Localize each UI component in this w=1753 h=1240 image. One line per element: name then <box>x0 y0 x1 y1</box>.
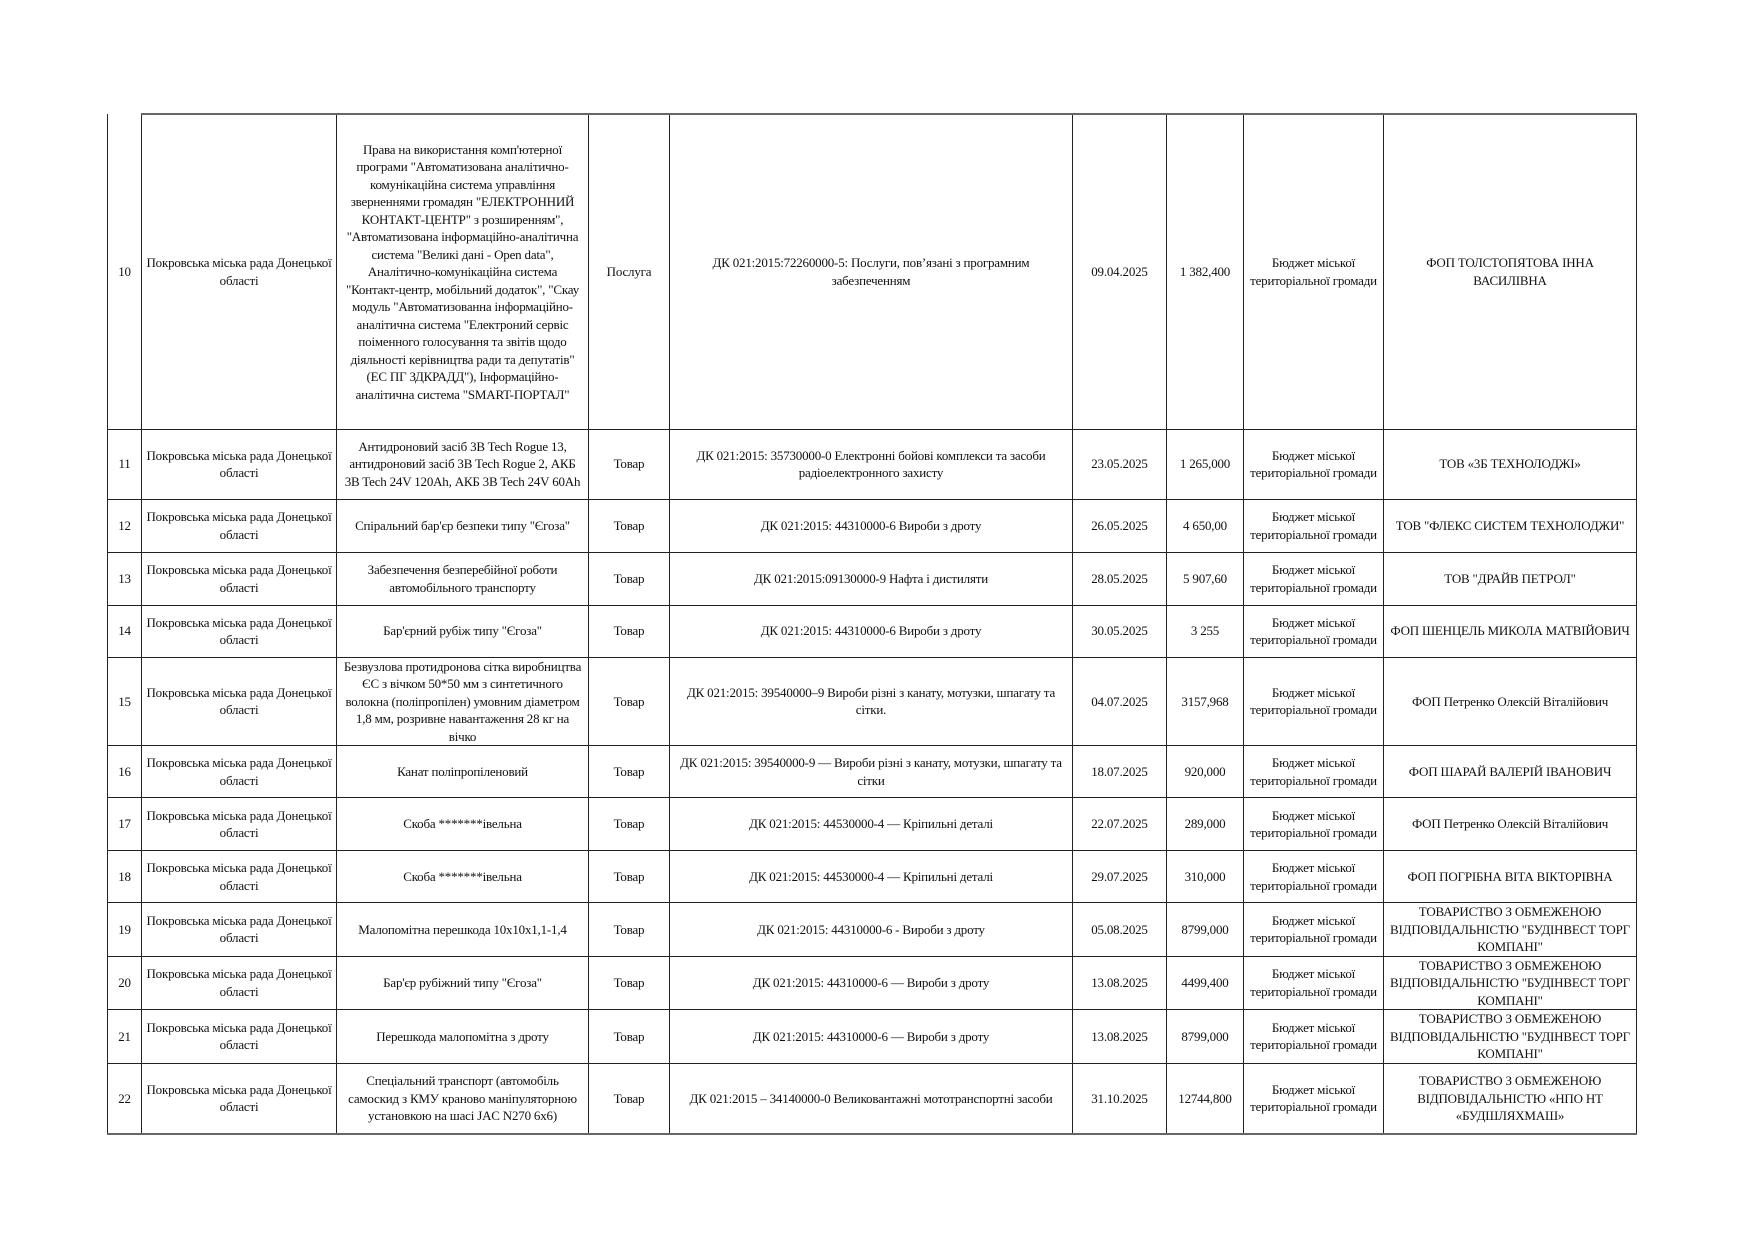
customer-cell: Покровська міська рада Донецької області <box>142 1063 337 1134</box>
row-number: 10 <box>108 114 142 429</box>
type-cell: Товар <box>589 605 670 657</box>
item-cell: Забезпечення безперебійної роботи автомо… <box>337 552 589 605</box>
supplier-cell: ТОВАРИСТВО З ОБМЕЖЕНОЮ ВІДПОВІДАЛЬНІСТЮ … <box>1384 903 1637 957</box>
row-number: 16 <box>108 746 142 798</box>
funding-source-cell: Бюджет міської територіальної громади <box>1244 1063 1384 1134</box>
amount-cell: 8799,000 <box>1167 1010 1244 1064</box>
table-row: 22Покровська міська рада Донецької облас… <box>108 1063 1637 1134</box>
cpv-code-cell: ДК 021:2015 – 34140000-0 Великовантажні … <box>670 1063 1073 1134</box>
row-number: 14 <box>108 605 142 657</box>
date-cell: 18.07.2025 <box>1073 746 1167 798</box>
amount-cell: 289,000 <box>1167 798 1244 851</box>
row-number: 18 <box>108 851 142 903</box>
type-cell: Товар <box>589 903 670 957</box>
date-cell: 13.08.2025 <box>1073 1010 1167 1064</box>
item-cell: Спіральний бар'єр безпеки типу "Єгоза" <box>337 499 589 552</box>
date-cell: 31.10.2025 <box>1073 1063 1167 1134</box>
customer-cell: Покровська міська рада Донецької області <box>142 552 337 605</box>
funding-source-cell: Бюджет міської територіальної громади <box>1244 114 1384 429</box>
customer-cell: Покровська міська рада Донецької області <box>142 114 337 429</box>
table-row: 13Покровська міська рада Донецької облас… <box>108 552 1637 605</box>
supplier-cell: ТОВ «3Б ТЕХНОЛОДЖІ» <box>1384 429 1637 499</box>
supplier-cell: ТОВ "ДРАЙВ ПЕТРОЛ" <box>1384 552 1637 605</box>
date-cell: 23.05.2025 <box>1073 429 1167 499</box>
supplier-cell: ТОВАРИСТВО З ОБМЕЖЕНОЮ ВІДПОВІДАЛЬНІСТЮ … <box>1384 956 1637 1010</box>
cpv-code-cell: ДК 021:2015: 44310000-6 — Вироби з дроту <box>670 1010 1073 1064</box>
funding-source-cell: Бюджет міської територіальної громади <box>1244 903 1384 957</box>
cpv-code-cell: ДК 021:2015: 44530000-4 — Кріпильні дета… <box>670 851 1073 903</box>
date-cell: 26.05.2025 <box>1073 499 1167 552</box>
type-cell: Послуга <box>589 114 670 429</box>
procurement-table: 10Покровська міська рада Донецької облас… <box>107 113 1637 1135</box>
type-cell: Товар <box>589 1063 670 1134</box>
supplier-cell: ФОП ШЕНЦЕЛЬ МИКОЛА МАТВІЙОВИЧ <box>1384 605 1637 657</box>
cpv-code-cell: ДК 021:2015:09130000-9 Нафта і дистиляти <box>670 552 1073 605</box>
table-row: 17Покровська міська рада Донецької облас… <box>108 798 1637 851</box>
date-cell: 04.07.2025 <box>1073 657 1167 746</box>
row-number: 13 <box>108 552 142 605</box>
cpv-code-cell: ДК 021:2015: 44310000-6 - Вироби з дроту <box>670 903 1073 957</box>
supplier-cell: ТОВАРИСТВО З ОБМЕЖЕНОЮ ВІДПОВІДАЛЬНІСТЮ … <box>1384 1063 1637 1134</box>
customer-cell: Покровська міська рада Донецької області <box>142 746 337 798</box>
type-cell: Товар <box>589 851 670 903</box>
item-cell: Скоба *******івельна <box>337 851 589 903</box>
type-cell: Товар <box>589 429 670 499</box>
type-cell: Товар <box>589 552 670 605</box>
amount-cell: 8799,000 <box>1167 903 1244 957</box>
table-row: 11Покровська міська рада Донецької облас… <box>108 429 1637 499</box>
row-number: 20 <box>108 956 142 1010</box>
amount-cell: 12744,800 <box>1167 1063 1244 1134</box>
item-cell: Бар'єрний рубіж типу "Єгоза" <box>337 605 589 657</box>
amount-cell: 310,000 <box>1167 851 1244 903</box>
date-cell: 30.05.2025 <box>1073 605 1167 657</box>
customer-cell: Покровська міська рада Донецької області <box>142 851 337 903</box>
cpv-code-cell: ДК 021:2015: 44310000-6 Вироби з дроту <box>670 499 1073 552</box>
type-cell: Товар <box>589 1010 670 1064</box>
table-row: 10Покровська міська рада Донецької облас… <box>108 114 1637 429</box>
cpv-code-cell: ДК 021:2015: 44310000-6 Вироби з дроту <box>670 605 1073 657</box>
type-cell: Товар <box>589 499 670 552</box>
cpv-code-cell: ДК 021:2015: 39540000-9 — Вироби різні з… <box>670 746 1073 798</box>
row-number: 21 <box>108 1010 142 1064</box>
supplier-cell: ТОВ "ФЛЕКС СИСТЕМ ТЕХНОЛОДЖИ" <box>1384 499 1637 552</box>
item-cell: Спеціальний транспорт (автомобіль самоск… <box>337 1063 589 1134</box>
supplier-cell: ФОП Петренко Олексій Віталійович <box>1384 657 1637 746</box>
date-cell: 13.08.2025 <box>1073 956 1167 1010</box>
row-number: 12 <box>108 499 142 552</box>
date-cell: 09.04.2025 <box>1073 114 1167 429</box>
item-cell: Скоба *******івельна <box>337 798 589 851</box>
amount-cell: 4499,400 <box>1167 956 1244 1010</box>
funding-source-cell: Бюджет міської територіальної громади <box>1244 657 1384 746</box>
funding-source-cell: Бюджет міської територіальної громади <box>1244 798 1384 851</box>
item-cell: Права на використання комп'ютерної прогр… <box>337 114 589 429</box>
row-number: 15 <box>108 657 142 746</box>
funding-source-cell: Бюджет міської територіальної громади <box>1244 1010 1384 1064</box>
funding-source-cell: Бюджет міської територіальної громади <box>1244 956 1384 1010</box>
row-number: 19 <box>108 903 142 957</box>
cpv-code-cell: ДК 021:2015: 44310000-6 — Вироби з дроту <box>670 956 1073 1010</box>
cpv-code-cell: ДК 021:2015: 44530000-4 — Кріпильні дета… <box>670 798 1073 851</box>
table-row: 21Покровська міська рада Донецької облас… <box>108 1010 1637 1064</box>
customer-cell: Покровська міська рада Донецької області <box>142 605 337 657</box>
supplier-cell: ФОП Петренко Олексій Віталійович <box>1384 798 1637 851</box>
table-row: 16Покровська міська рада Донецької облас… <box>108 746 1637 798</box>
supplier-cell: ТОВАРИСТВО З ОБМЕЖЕНОЮ ВІДПОВІДАЛЬНІСТЮ … <box>1384 1010 1637 1064</box>
customer-cell: Покровська міська рада Донецької області <box>142 657 337 746</box>
document-page: 10Покровська міська рада Донецької облас… <box>0 0 1753 1240</box>
funding-source-cell: Бюджет міської територіальної громади <box>1244 851 1384 903</box>
item-cell: Канат поліпропіленовий <box>337 746 589 798</box>
customer-cell: Покровська міська рада Донецької області <box>142 429 337 499</box>
amount-cell: 920,000 <box>1167 746 1244 798</box>
funding-source-cell: Бюджет міської територіальної громади <box>1244 429 1384 499</box>
item-cell: Безвузлова протидронова сітка виробництв… <box>337 657 589 746</box>
supplier-cell: ФОП ТОЛСТОПЯТОВА ІННА ВАСИЛІВНА <box>1384 114 1637 429</box>
table-row: 15Покровська міська рада Донецької облас… <box>108 657 1637 746</box>
funding-source-cell: Бюджет міської територіальної громади <box>1244 605 1384 657</box>
customer-cell: Покровська міська рада Донецької області <box>142 1010 337 1064</box>
table-row: 19Покровська міська рада Донецької облас… <box>108 903 1637 957</box>
item-cell: Бар'єр рубіжний типу "Єгоза" <box>337 956 589 1010</box>
type-cell: Товар <box>589 657 670 746</box>
item-cell: Малопомітна перешкода 10х10х1,1-1,4 <box>337 903 589 957</box>
supplier-cell: ФОП ПОГРІБНА ВІТА ВІКТОРІВНА <box>1384 851 1637 903</box>
funding-source-cell: Бюджет міської територіальної громади <box>1244 746 1384 798</box>
amount-cell: 1 382,400 <box>1167 114 1244 429</box>
date-cell: 29.07.2025 <box>1073 851 1167 903</box>
funding-source-cell: Бюджет міської територіальної громади <box>1244 552 1384 605</box>
table-row: 20Покровська міська рада Донецької облас… <box>108 956 1637 1010</box>
date-cell: 05.08.2025 <box>1073 903 1167 957</box>
table-row: 14Покровська міська рада Донецької облас… <box>108 605 1637 657</box>
customer-cell: Покровська міська рада Донецької області <box>142 798 337 851</box>
customer-cell: Покровська міська рада Донецької області <box>142 499 337 552</box>
row-number: 17 <box>108 798 142 851</box>
date-cell: 28.05.2025 <box>1073 552 1167 605</box>
amount-cell: 5 907,60 <box>1167 552 1244 605</box>
amount-cell: 4 650,00 <box>1167 499 1244 552</box>
table-row: 18Покровська міська рада Донецької облас… <box>108 851 1637 903</box>
cpv-code-cell: ДК 021:2015: 39540000–9 Вироби різні з к… <box>670 657 1073 746</box>
type-cell: Товар <box>589 956 670 1010</box>
row-number: 22 <box>108 1063 142 1134</box>
item-cell: Перешкода малопомітна з дроту <box>337 1010 589 1064</box>
cpv-code-cell: ДК 021:2015:72260000-5: Послуги, пов’яза… <box>670 114 1073 429</box>
funding-source-cell: Бюджет міської територіальної громади <box>1244 499 1384 552</box>
amount-cell: 1 265,000 <box>1167 429 1244 499</box>
supplier-cell: ФОП ШАРАЙ ВАЛЕРІЙ ІВАНОВИЧ <box>1384 746 1637 798</box>
date-cell: 22.07.2025 <box>1073 798 1167 851</box>
cpv-code-cell: ДК 021:2015: 35730000-0 Електронні бойов… <box>670 429 1073 499</box>
table-row: 12Покровська міська рада Донецької облас… <box>108 499 1637 552</box>
type-cell: Товар <box>589 798 670 851</box>
row-number: 11 <box>108 429 142 499</box>
item-cell: Антидроновий засіб 3B Tech Rogue 13, ант… <box>337 429 589 499</box>
customer-cell: Покровська міська рада Донецької області <box>142 956 337 1010</box>
amount-cell: 3 255 <box>1167 605 1244 657</box>
amount-cell: 3157,968 <box>1167 657 1244 746</box>
customer-cell: Покровська міська рада Донецької області <box>142 903 337 957</box>
type-cell: Товар <box>589 746 670 798</box>
